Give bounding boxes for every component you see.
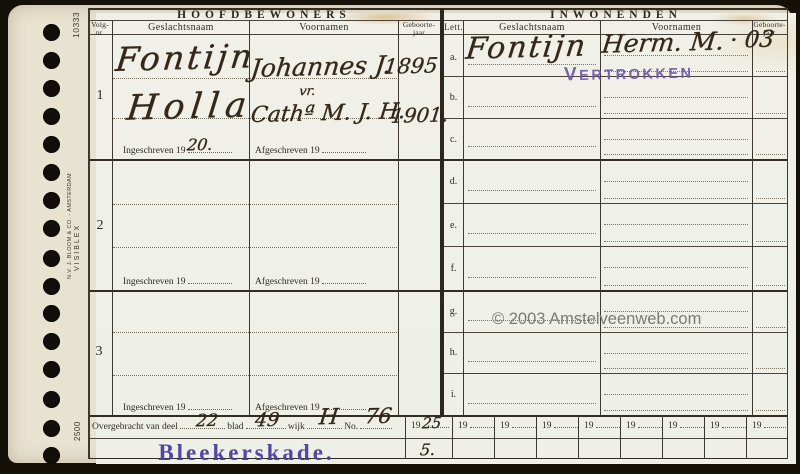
grid-line: [787, 8, 789, 459]
no-label: No.: [344, 422, 358, 432]
year-cell-label: 19: [710, 421, 720, 431]
geboorte-line2: jaar: [413, 28, 425, 37]
year-cell: 19: [752, 419, 788, 431]
row-letter: i.: [444, 389, 463, 400]
writing-line: [468, 190, 596, 191]
writing-line: [756, 198, 785, 199]
punch-hole: [43, 192, 60, 209]
handwritten-note: 5.: [419, 440, 436, 459]
grid-line: [88, 438, 788, 439]
punch-hole: [43, 391, 60, 408]
ingeschreven-text: Ingeschreven 19: [123, 403, 186, 413]
writing-line: [756, 410, 785, 411]
grid-line: [452, 415, 453, 459]
handwritten-surname: Fontijn: [114, 36, 257, 79]
writing-line: [113, 247, 397, 248]
overgebracht-row: Overgebracht van deel blad wijk No.: [92, 420, 392, 432]
hoofdbewoners-title: HOOFDBEWONERS: [88, 9, 440, 21]
year-cell-label: 19: [458, 421, 468, 431]
writing-line: [604, 410, 748, 411]
column-header-geslachtsnaam-left: Geslachtsnaam: [113, 22, 249, 33]
dotted-leader: [322, 144, 366, 153]
year-cell: 19: [626, 419, 662, 431]
ingeschreven-text: Ingeschreven 19: [123, 277, 186, 287]
grid-line: [444, 246, 788, 247]
year-cell-label: 19: [542, 421, 552, 431]
year-cell-label: 19: [668, 421, 678, 431]
grid-line: [746, 415, 747, 459]
afgeschreven-text: Afgeschreven 19: [255, 277, 320, 287]
dotted-leader: [722, 419, 746, 428]
ingeschreven-label: Ingeschreven 19: [123, 275, 232, 287]
grid-line: [463, 20, 464, 415]
handwritten-no: 76: [364, 404, 394, 429]
handwritten-firstnames: Johannes J.: [249, 50, 393, 83]
punch-hole: [43, 420, 60, 437]
year-cell: 19: [500, 419, 536, 431]
handwritten-firstnames: Herm. M.: [600, 26, 725, 58]
column-header-voornamen-left: Voornamen: [250, 22, 398, 33]
dotted-leader: [554, 419, 578, 428]
punch-hole: [43, 361, 60, 378]
writing-line: [113, 204, 397, 205]
volgnr-line2: nr.: [96, 28, 104, 37]
form-stock-number: 2500: [73, 421, 82, 441]
writing-line: [468, 277, 596, 278]
row-letter: c.: [444, 134, 463, 145]
punch-hole: [43, 164, 60, 181]
writing-line: [604, 154, 748, 155]
ingeschreven-label: Ingeschreven 19: [123, 144, 232, 156]
punch-hole: [43, 305, 60, 322]
grid-line: [704, 415, 705, 459]
year-cell-label: 19: [752, 421, 762, 431]
handwritten-deel: 22: [195, 411, 219, 432]
grid-line: [752, 20, 753, 415]
scanned-card-photo: 10333 VISIBLEX N.V. J. BLOOM & CO. - AMS…: [0, 0, 800, 474]
handwritten-wijk: H: [318, 405, 340, 430]
grid-line: [88, 290, 788, 292]
writing-line: [604, 394, 748, 395]
punch-hole: [43, 220, 60, 237]
handwritten-birthyear: 1901.: [390, 102, 450, 127]
writing-line: [756, 154, 785, 155]
grid-line: [662, 415, 663, 459]
blad-label: blad: [227, 422, 243, 432]
dotted-leader: [596, 419, 620, 428]
writing-line: [604, 113, 748, 114]
afgeschreven-text: Afgeschreven 19: [255, 146, 320, 156]
writing-line: [604, 368, 748, 369]
ingeschreven-text: Ingeschreven 19: [123, 146, 186, 156]
group-number: 3: [87, 344, 111, 360]
punch-hole: [43, 278, 60, 295]
grid-line: [88, 159, 788, 161]
dotted-leader: [680, 419, 704, 428]
afgeschreven-label: Afgeschreven 19: [255, 144, 366, 156]
year-cell-label: 19: [584, 421, 594, 431]
row-letter: g.: [444, 306, 463, 317]
dotted-leader: [188, 401, 232, 410]
punch-hole: [43, 52, 60, 69]
dotted-leader: [188, 275, 232, 284]
handwritten-surname: Fontijn: [464, 28, 589, 66]
writing-line: [604, 267, 748, 268]
street-name-stamp: Bleekerskade.: [88, 440, 405, 466]
writing-line: [604, 353, 748, 354]
copyright-watermark: © 2003 Amstelveenweb.com: [492, 310, 701, 329]
punch-hole: [43, 250, 60, 267]
center-divider-line: [440, 8, 444, 417]
row-letter: a.: [444, 52, 463, 63]
handwritten-surname: Holla: [125, 85, 255, 128]
writing-line: [468, 106, 596, 107]
printer-imprint-sub: N.V. J. BLOOM & CO. - AMSTERDAM: [67, 173, 73, 279]
writing-line: [604, 97, 748, 98]
handwritten-firstnames: Cathª M. J. H.: [249, 99, 407, 128]
grid-line: [536, 415, 537, 459]
grid-line: [494, 415, 495, 459]
handwritten-birthyear: 1895: [383, 53, 439, 78]
writing-line: [604, 224, 748, 225]
grid-line: [444, 332, 788, 333]
grid-line: [112, 20, 113, 415]
grid-line: [444, 203, 788, 204]
year-cell: 19: [710, 419, 746, 431]
writing-line: [756, 285, 785, 286]
writing-line: [468, 233, 596, 234]
handwritten-blad: 49: [254, 409, 281, 432]
wijk-label: wijk: [288, 422, 305, 432]
writing-line: [756, 241, 785, 242]
dotted-leader: [512, 419, 536, 428]
dotted-leader: [470, 419, 494, 428]
year-cell-label: 19: [500, 421, 510, 431]
afgeschreven-label: Afgeschreven 19: [255, 275, 366, 287]
writing-line: [604, 181, 748, 182]
dotted-leader: [322, 275, 366, 284]
punch-hole: [43, 333, 60, 350]
grid-line: [578, 415, 579, 459]
handwritten-birthyear: · 03: [728, 26, 775, 53]
stub-serial-number: 10333: [71, 12, 81, 38]
punch-hole: [43, 108, 60, 125]
grid-line: [405, 415, 406, 459]
handwritten-annotation: vr.: [298, 84, 316, 99]
group-number: 2: [88, 218, 112, 234]
writing-line: [113, 332, 397, 333]
writing-line: [604, 241, 748, 242]
row-letter: h.: [444, 347, 463, 358]
writing-line: [756, 327, 785, 328]
row-letter: d.: [444, 176, 463, 187]
writing-line: [756, 71, 785, 72]
group-number: 1: [88, 88, 112, 104]
overgebracht-label: Overgebracht van deel: [92, 422, 178, 432]
year-cell-label: 19: [626, 421, 636, 431]
writing-line: [468, 361, 596, 362]
writing-line: [468, 403, 596, 404]
column-header-geboortejaar-left: Geboorte- jaar: [398, 21, 440, 36]
grid-line: [620, 415, 621, 459]
writing-line: [756, 368, 785, 369]
writing-line: [113, 375, 397, 376]
handwritten-year-registered: 20.: [186, 135, 214, 155]
row-letter: e.: [444, 220, 463, 231]
printer-imprint: VISIBLEX: [74, 224, 81, 271]
grid-line: [444, 118, 788, 119]
writing-line: [604, 285, 748, 286]
inwonenden-title: INWONENDEN: [444, 9, 788, 21]
punch-hole: [43, 136, 60, 153]
punch-hole: [43, 447, 60, 464]
column-header-lett: Lett.: [444, 22, 463, 32]
year-cell: 19: [458, 419, 494, 431]
writing-line: [468, 146, 596, 147]
handwritten-year: 25: [421, 414, 442, 432]
dotted-leader: [638, 419, 662, 428]
writing-line: [756, 113, 785, 114]
punch-hole: [43, 80, 60, 97]
year-cell: 19: [668, 419, 704, 431]
writing-line: [604, 139, 748, 140]
row-letter: f.: [444, 263, 463, 274]
punch-hole: [43, 24, 60, 41]
writing-line: [604, 198, 748, 199]
vertrokken-stamp: VERTROKKEN: [564, 62, 694, 87]
year-cell-label: 19: [411, 421, 421, 431]
grid-line: [398, 20, 399, 415]
year-cell: 19: [542, 419, 578, 431]
dotted-leader: [764, 419, 788, 428]
column-header-volgnr: Volg- nr.: [88, 21, 112, 36]
year-cell: 19: [584, 419, 620, 431]
grid-line: [444, 373, 788, 374]
